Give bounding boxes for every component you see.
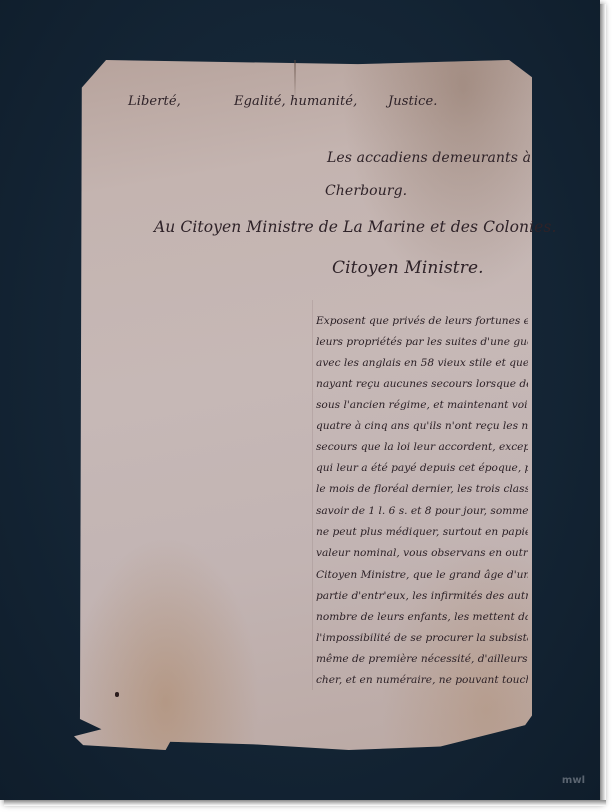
motto-liberte: Liberté,	[128, 94, 181, 109]
photograph: Liberté, Egalité, humanité, Justice. Les…	[0, 0, 600, 800]
sender-line-2: Cherbourg.	[325, 183, 407, 199]
body-line: secours que la loi leur accordent, excep…	[316, 436, 528, 458]
body-line: qui leur a été payé depuis cet époque, p…	[316, 457, 528, 479]
frame-shadow-bottom	[4, 800, 606, 806]
sender-line-1: Les accadiens demeurants à	[327, 150, 531, 166]
body-line: cher, et en numéraire, ne pouvant touche…	[316, 669, 528, 691]
body-line: sous l'ancien régime, et maintenant voil…	[316, 394, 528, 416]
body-line: quatre à cinq ans qu'ils n'ont reçu les …	[316, 415, 528, 437]
salutation: Citoyen Ministre.	[332, 258, 484, 278]
body-line: partie d'entr'eux, les infirmités des au…	[316, 585, 528, 607]
body-line: ne peut plus médiquer, surtout en papier	[316, 521, 528, 543]
motto-humanite: humanité,	[290, 94, 357, 109]
watermark: mwl	[562, 775, 585, 786]
body-line: savoir de 1 l. 6 s. et 8 pour jour, somm…	[316, 500, 528, 522]
motto-justice: Justice.	[388, 94, 438, 109]
body-line: valeur nominal, vous observans en outre,	[316, 542, 528, 564]
body-line: nayant reçu aucunes secours lorsque de 1…	[316, 373, 528, 395]
body-line: leurs propriétés par les suites d'une gu…	[316, 331, 528, 353]
body-line: Citoyen Ministre, que le grand âge d'une	[316, 564, 528, 586]
body-line: même de première nécessité, d'ailleurs t…	[316, 648, 528, 670]
body-line: le mois de floréal dernier, les trois cl…	[316, 478, 528, 500]
frame-shadow-right	[600, 4, 606, 804]
body-line: avec les anglais en 58 vieux stile et qu…	[316, 352, 528, 374]
ink-blot	[115, 692, 119, 697]
body-line: nombre de leurs enfants, les mettent dan…	[316, 606, 528, 628]
margin-crease	[312, 300, 313, 690]
body-line: l'impossibilité de se procurer la subsis…	[316, 627, 528, 649]
motto-egalite: Egalité,	[234, 94, 286, 109]
addressee: Au Citoyen Ministre de La Marine et des …	[154, 218, 557, 236]
body-line: Exposent que privés de leurs fortunes et…	[316, 310, 528, 332]
